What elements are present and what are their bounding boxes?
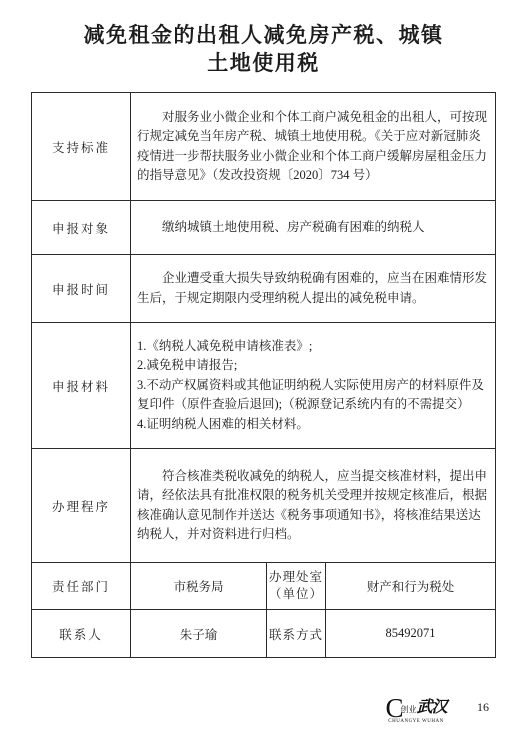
- table-row-contact: 联系人 朱子瑜 联系方式 85492071: [32, 610, 496, 658]
- document-page: 减免租金的出租人减免房产税、城镇 土地使用税 支持标准 对服务业小微企业和个体工…: [0, 0, 527, 735]
- declare-time-text: 企业遭受重大损失导致纳税确有困难的，应当在困难情形发生后，于规定期限内受理纳税人…: [137, 269, 489, 308]
- handling-office-label-line2: （单位）: [268, 586, 324, 603]
- table-row-support-standard: 支持标准 对服务业小微企业和个体工商户减免租金的出租人，可按现行规定减免当年房产…: [32, 93, 496, 201]
- handling-office-label-line1: 办理处室: [268, 569, 324, 586]
- table-row-responsible-dept: 责任部门 市税务局 办理处室 （单位） 财产和行为税处: [32, 563, 496, 610]
- page-title-line1: 减免租金的出租人减免房产税、城镇: [0, 21, 527, 49]
- table-row-declare-target: 申报对象 缴纳城镇土地使用税、房产税确有困难的纳税人: [32, 201, 496, 255]
- row-label: 申报材料: [32, 323, 131, 449]
- material-item-3: 3.不动产权属资料或其他证明纳税人实际使用房产的材料原件及复印件（原件查验后退回…: [137, 376, 489, 415]
- row-content: 符合核准类税收减免的纳税人，应当提交核准材料，提出申请，经依法具有批准权限的税务…: [131, 449, 496, 563]
- row-label: 责任部门: [32, 563, 131, 610]
- row-label: 办理程序: [32, 449, 131, 563]
- support-standard-text: 对服务业小微企业和个体工商户减免租金的出租人，可按现行规定减免当年房产税、城镇土…: [137, 108, 489, 186]
- handling-office-value: 财产和行为税处: [326, 563, 496, 610]
- contact-phone-value: 85492071: [326, 610, 496, 658]
- row-label: 支持标准: [32, 93, 131, 201]
- page-title: 减免租金的出租人减免房产税、城镇 土地使用税: [0, 21, 527, 77]
- material-item-1: 1.《纳税人减免税申请核准表》;: [137, 337, 489, 357]
- row-content: 企业遭受重大损失导致纳税确有困难的，应当在困难情形发生后，于规定期限内受理纳税人…: [131, 255, 496, 323]
- table-row-procedure: 办理程序 符合核准类税收减免的纳税人，应当提交核准材料，提出申请，经依法具有批准…: [32, 449, 496, 563]
- logo-subtext: CHUANGYE WUHAN: [382, 719, 450, 724]
- table-row-declare-materials: 申报材料 1.《纳税人减免税申请核准表》; 2.减免税申请报告; 3.不动产权属…: [32, 323, 496, 449]
- table-row-declare-time: 申报时间 企业遭受重大损失导致纳税确有困难的，应当在困难情形发生后，于规定期限内…: [32, 255, 496, 323]
- contact-name-value: 朱子瑜: [131, 610, 267, 658]
- declare-target-text: 缴纳城镇土地使用税、房产税确有困难的纳税人: [137, 218, 489, 238]
- row-content: 缴纳城镇土地使用税、房产税确有困难的纳税人: [131, 201, 496, 255]
- material-item-2: 2.减免税申请报告;: [137, 356, 489, 376]
- page-number: 16: [477, 700, 489, 715]
- row-label: 申报对象: [32, 201, 131, 255]
- handling-office-label: 办理处室 （单位）: [267, 563, 326, 610]
- material-item-4: 4.证明纳税人困难的相关材料。: [137, 415, 489, 435]
- document-table: 支持标准 对服务业小微企业和个体工商户减免租金的出租人，可按现行规定减免当年房产…: [31, 92, 496, 658]
- row-label: 联系人: [32, 610, 131, 658]
- chuangye-wuhan-logo: C 创业 武汉 CHUANGYE WUHAN: [382, 697, 450, 724]
- procedure-text: 符合核准类税收减免的纳税人，应当提交核准材料，提出申请，经依法具有批准权限的税务…: [137, 467, 489, 545]
- row-label: 申报时间: [32, 255, 131, 323]
- page-title-line2: 土地使用税: [0, 49, 527, 77]
- contact-method-label: 联系方式: [267, 610, 326, 658]
- row-content: 对服务业小微企业和个体工商户减免租金的出租人，可按现行规定减免当年房产税、城镇土…: [131, 93, 496, 201]
- row-content: 1.《纳税人减免税申请核准表》; 2.减免税申请报告; 3.不动产权属资料或其他…: [131, 323, 496, 449]
- logo-script-text: 武汉: [417, 700, 447, 716]
- responsible-dept-value: 市税务局: [131, 563, 267, 610]
- logo-small-text: 创业: [401, 702, 417, 714]
